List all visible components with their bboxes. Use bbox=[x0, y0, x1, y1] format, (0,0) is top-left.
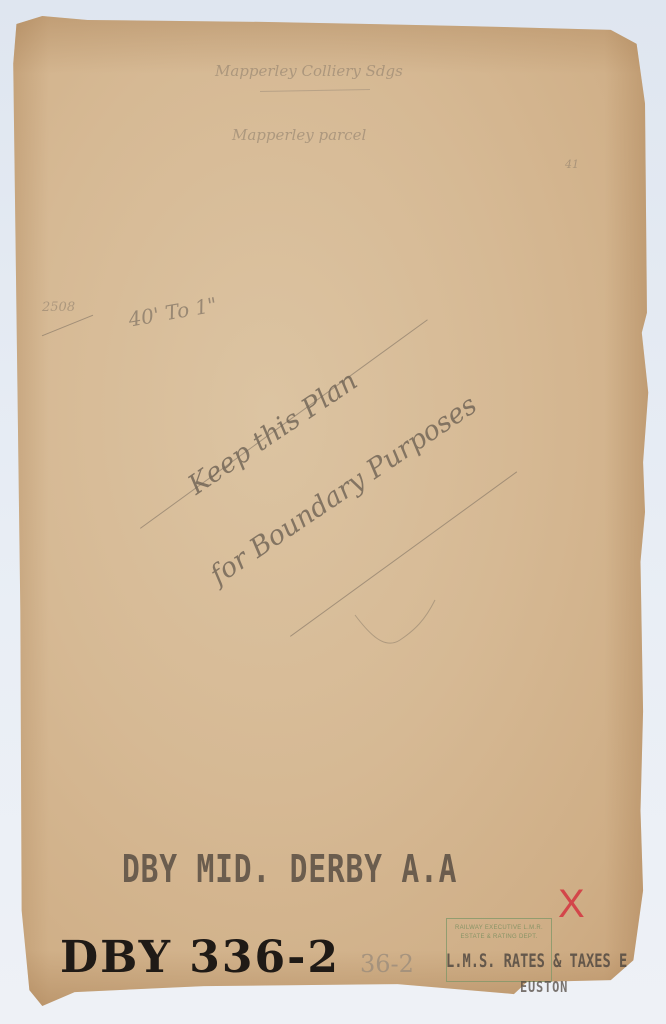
stencil-reference-code: DBY 336-2 bbox=[60, 932, 340, 983]
railway-stamp-line-1: RAILWAY EXECUTIVE L.M.R. bbox=[447, 925, 551, 931]
pencil-squiggle bbox=[350, 595, 440, 655]
handwritten-parcel: Mapperley parcel bbox=[232, 126, 366, 144]
pencil-reference: 36-2 bbox=[360, 950, 414, 978]
stamp-header: DBY MID. DERBY A.A bbox=[122, 847, 457, 891]
red-cross-mark-icon: X bbox=[558, 884, 585, 924]
handwritten-title: Mapperley Colliery Sdgs bbox=[215, 62, 403, 80]
handwritten-number: 41 bbox=[565, 158, 579, 171]
rates-taxes-stamp: L.M.S. RATES & TAXES E bbox=[446, 950, 627, 972]
railway-stamp-line-2: ESTATE & RATING DEPT. bbox=[447, 934, 551, 940]
euston-stamp: EUSTON bbox=[520, 978, 568, 996]
handwritten-reference: 2508 bbox=[42, 300, 75, 315]
